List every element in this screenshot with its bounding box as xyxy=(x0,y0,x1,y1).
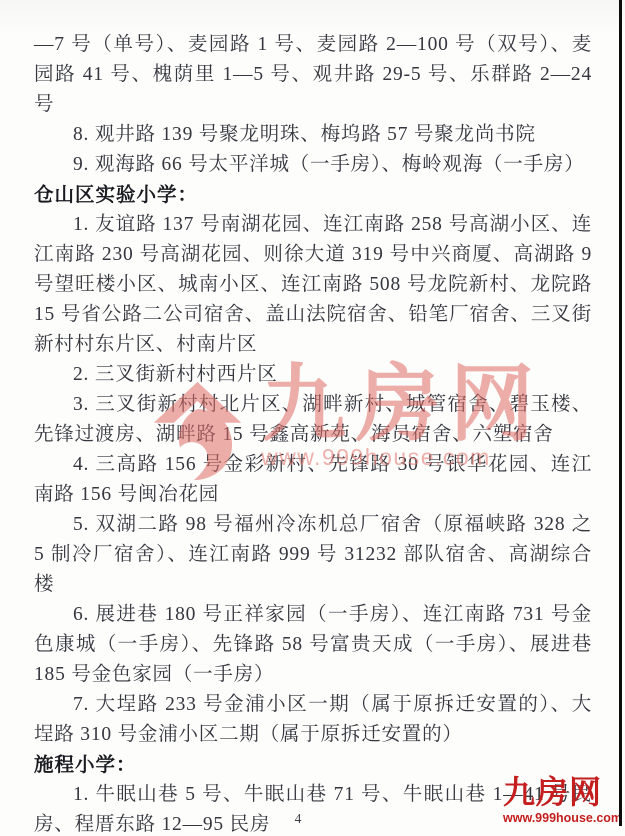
footer-site-logo-url: www.999house.com xyxy=(503,811,623,826)
list-item: 1. 友谊路 137 号南湖花园、连江南路 258 号高湖小区、连江南路 230… xyxy=(34,210,592,360)
scan-edge-line xyxy=(619,0,622,826)
list-item: 2. 三叉街新村村西片区 xyxy=(34,360,592,390)
footer-site-logo-name: 九房网 xyxy=(503,773,623,811)
list-item: 3. 三叉街新村村北片区、湖畔新村、城管宿舍、碧玉楼、先锋过渡房、湖畔路 15 … xyxy=(34,390,592,450)
document-page: —7 号（单号）、麦园路 1 号、麦园路 2—100 号（双号）、麦园路 41 … xyxy=(0,0,625,836)
list-item: 6. 展进巷 180 号正祥家园（一手房）、连江南路 731 号金色康城（一手房… xyxy=(34,600,592,690)
list-item: 5. 双湖二路 98 号福州冷冻机总厂宿舍（原福峡路 328 之 5 制冷厂宿舍… xyxy=(34,510,592,600)
footer-site-logo: 九房网 www.999house.com xyxy=(503,773,623,826)
document-content: —7 号（单号）、麦园路 1 号、麦园路 2—100 号（双号）、麦园路 41 … xyxy=(34,30,592,836)
list-item: 8. 观井路 139 号聚龙明珠、梅坞路 57 号聚龙尚书院 xyxy=(34,120,592,150)
list-item: 4. 三高路 156 号金彩新村、先锋路 30 号银华花园、连江南路 156 号… xyxy=(34,450,592,510)
list-item: 9. 观海路 66 号太平洋城（一手房）、梅岭观海（一手房） xyxy=(34,150,592,180)
list-item: 7. 大埕路 233 号金浦小区一期（属于原拆迁安置的）、大埕路 310 号金浦… xyxy=(34,690,592,750)
section-heading-cangshan-experimental-primary: 仓山区实验小学： xyxy=(34,180,592,210)
paragraph-continuation: —7 号（单号）、麦园路 1 号、麦园路 2—100 号（双号）、麦园路 41 … xyxy=(34,30,592,120)
